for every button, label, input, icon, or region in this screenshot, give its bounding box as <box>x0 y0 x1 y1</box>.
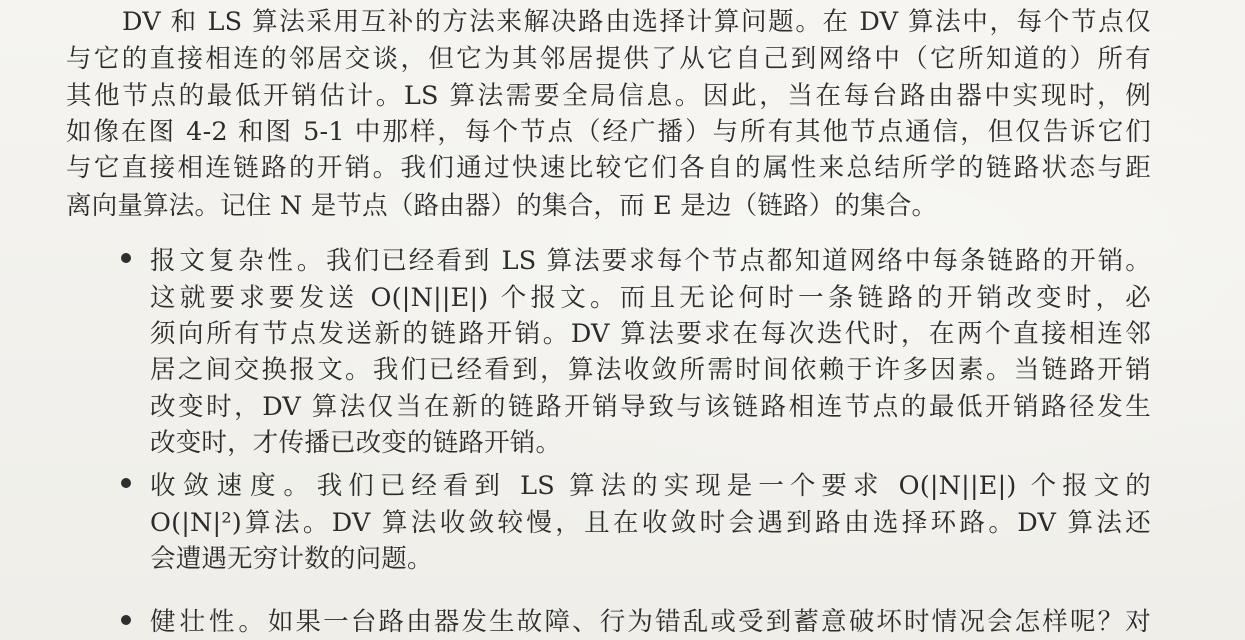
paragraph-line: 与它直接相连链路的开销。我们通过快速比较它们各自的属性来总结所学的链路状态与距 <box>66 150 1151 186</box>
bullet-line: 报文复杂性。我们已经看到 LS 算法要求每个节点都知道网络中每条链路的开销。 <box>150 243 1151 279</box>
bullet-dot-icon <box>121 615 131 625</box>
paragraph-line: DV 和 LS 算法采用互补的方法来解决路由选择计算问题。在 DV 算法中，每个… <box>122 4 1151 40</box>
bullet-line: 改变时，DV 算法仅当在新的链路开销导致与该链路相连节点的最低开销路径发生 <box>150 389 1151 425</box>
paragraph-line: 其他节点的最低开销估计。LS 算法需要全局信息。因此，当在每台路由器中实现时，例 <box>66 78 1151 114</box>
bullet-line: 须向所有节点发送新的链路开销。DV 算法要求在每次迭代时，在两个直接相连邻 <box>150 316 1151 352</box>
bullet-text: 如果一台路由器发生故障、行为错乱或受到蓄意破坏时情况会怎样呢？对 <box>268 607 1151 637</box>
bullet-line: 这就要求要发送 O(|N||E|) 个报文。而且无论何时一条链路的开销改变时，必 <box>150 280 1151 316</box>
paragraph-line: 如像在图 4-2 和图 5-1 中那样，每个节点（经广播）与所有其他节点通信，但… <box>66 114 1151 150</box>
bullet-text: 我们已经看到 LS 算法要求每个节点都知道网络中每条链路的开销。 <box>326 246 1151 276</box>
bullet-dot-icon <box>121 478 131 488</box>
bullet-line: 会遭遇无穷计数的问题。 <box>150 541 1151 577</box>
paragraph-line: 与它的直接相连的邻居交谈，但它为其邻居提供了从它自己到网络中（它所知道的）所有 <box>66 41 1151 77</box>
paragraph-line: 离向量算法。记住 N 是节点（路由器）的集合，而 E 是边（链路）的集合。 <box>66 188 1151 224</box>
bullet-line: 收敛速度。我们已经看到 LS 算法的实现是一个要求 O(|N||E|) 个报文的 <box>150 468 1151 504</box>
bullet-term: 健壮性。 <box>150 607 268 637</box>
book-page: DV 和 LS 算法采用互补的方法来解决路由选择计算问题。在 DV 算法中，每个… <box>0 0 1245 640</box>
bullet-line: 健壮性。如果一台路由器发生故障、行为错乱或受到蓄意破坏时情况会怎样呢？对 <box>150 604 1151 640</box>
bullet-term: 报文复杂性。 <box>150 246 326 276</box>
bullet-line: 居之间交换报文。我们已经看到，算法收敛所需时间依赖于许多因素。当链路开销 <box>150 352 1151 388</box>
bullet-term: 收敛速度。 <box>150 471 317 501</box>
bullet-line: O(|N|²)算法。DV 算法收敛较慢，且在收敛时会遇到路由选择环路。DV 算法… <box>150 505 1151 541</box>
bullet-text: 我们已经看到 LS 算法的实现是一个要求 O(|N||E|) 个报文的 <box>317 471 1151 501</box>
bullet-line: 改变时，才传播已改变的链路开销。 <box>150 425 1151 461</box>
bullet-dot-icon <box>121 253 131 263</box>
